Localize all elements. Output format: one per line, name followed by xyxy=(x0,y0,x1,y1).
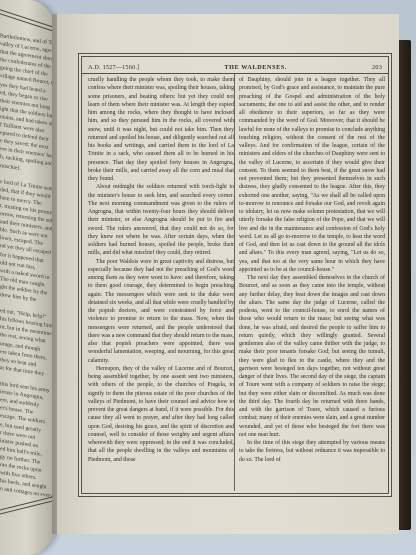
paragraph: cruelly handling the people whom they to… xyxy=(88,76,234,183)
paragraph: The poor Waldois were in great captivity… xyxy=(88,258,234,365)
facing-page-text: Bartholomew, and of Toure,valley of Luce… xyxy=(0,32,52,501)
running-head-dates: A.D. 1527—1560.] xyxy=(88,64,139,71)
text-frame: A.D. 1527—1560.] THE WALDENSES. 203 crue… xyxy=(81,56,389,494)
facing-left-page: Bartholomew, and of Toure,valley of Luce… xyxy=(0,0,58,555)
paragraph: Hereupon, they of the valley of Lucerne … xyxy=(88,365,234,464)
header-rule xyxy=(82,73,388,74)
paragraph: In the time of this siege they attempted… xyxy=(239,439,385,464)
book-page: A.D. 1527—1560.] THE WALDENSES. 203 crue… xyxy=(57,14,399,534)
right-column: of Dauphiny, should join in a league tog… xyxy=(239,76,385,464)
running-head: A.D. 1527—1560.] THE WALDENSES. 203 xyxy=(88,61,382,73)
running-head-title: THE WALDENSES. xyxy=(224,64,287,71)
page-number: 203 xyxy=(372,64,382,71)
paragraph: The next day they assembled themselves i… xyxy=(239,274,385,439)
column-divider xyxy=(234,74,235,491)
paragraph: of Dauphiny, should join in a league tog… xyxy=(239,76,385,274)
book-cover-edge xyxy=(397,40,411,530)
paragraph: About midnight the soldiers returned wit… xyxy=(88,183,234,257)
left-column: cruelly handling the people whom they to… xyxy=(88,76,234,464)
